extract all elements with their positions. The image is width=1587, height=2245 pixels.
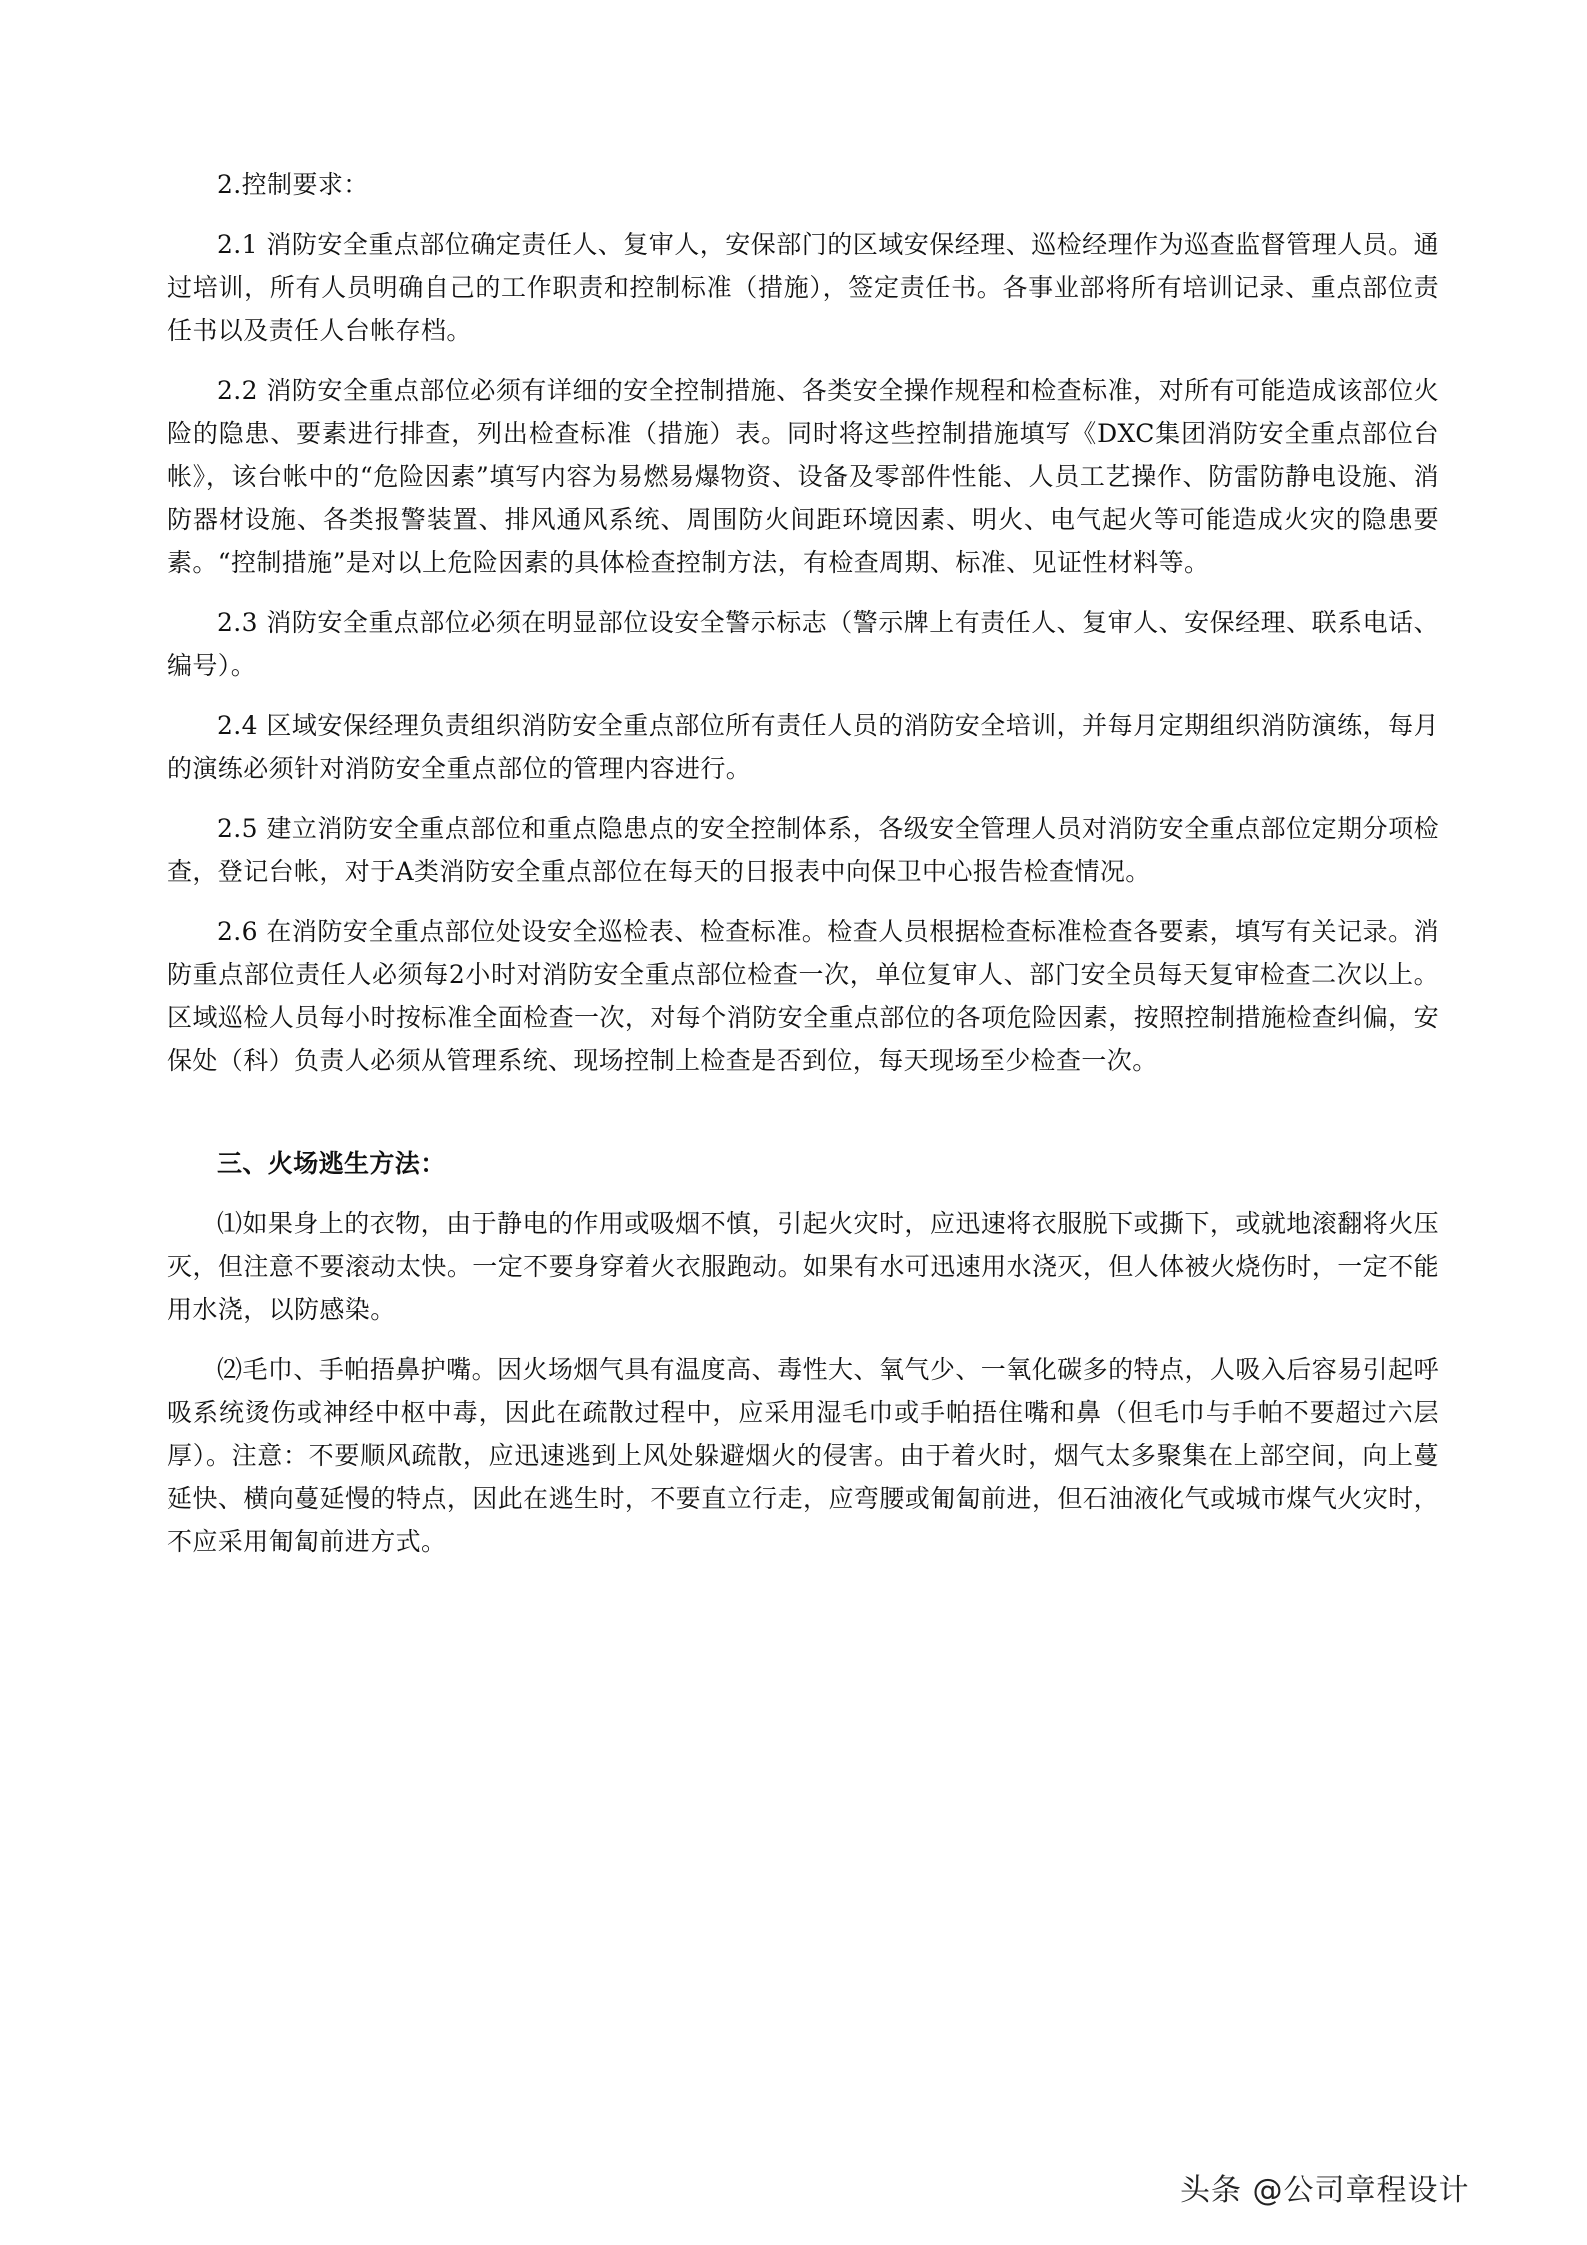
- clause-2-6: 2.6 在消防安全重点部位处设安全巡检表、检查标准。检查人员根据检查标准检查各要…: [167, 910, 1439, 1082]
- clause-2-4: 2.4 区域安保经理负责组织消防安全重点部位所有责任人员的消防安全培训，并每月定…: [167, 704, 1439, 790]
- escape-method-1: ⑴如果身上的衣物，由于静电的作用或吸烟不慎，引起火灾时，应迅速将衣服脱下或撕下，…: [167, 1202, 1439, 1331]
- clause-2-1: 2.1 消防安全重点部位确定责任人、复审人，安保部门的区域安保经理、巡检经理作为…: [167, 223, 1439, 352]
- clause-2-5: 2.5 建立消防安全重点部位和重点隐患点的安全控制体系，各级安全管理人员对消防安…: [167, 807, 1439, 893]
- section-2-title: 2.控制要求：: [167, 163, 1439, 206]
- source-watermark: 头条 @公司章程设计: [1180, 2165, 1470, 2209]
- document-page: 2.控制要求： 2.1 消防安全重点部位确定责任人、复审人，安保部门的区域安保经…: [167, 163, 1439, 1563]
- clause-2-2: 2.2 消防安全重点部位必须有详细的安全控制措施、各类安全操作规程和检查标准，对…: [167, 369, 1439, 584]
- clause-2-3: 2.3 消防安全重点部位必须在明显部位设安全警示标志（警示牌上有责任人、复审人、…: [167, 601, 1439, 687]
- escape-method-2: ⑵毛巾、手帕捂鼻护嘴。因火场烟气具有温度高、毒性大、氧气少、一氧化碳多的特点，人…: [167, 1348, 1439, 1563]
- section-3-title: 三、火场逃生方法：: [167, 1142, 1439, 1185]
